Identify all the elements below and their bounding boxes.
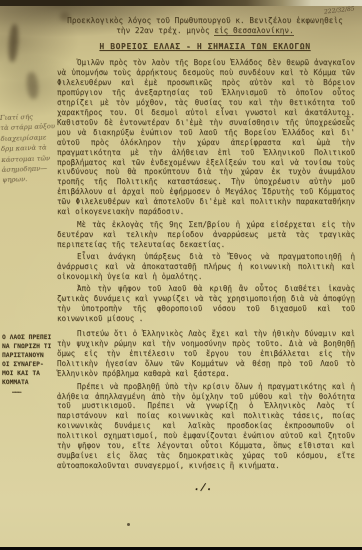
typed-margin-note: Ο ΛΑΟΣ ΠΡΕΠΕΙ ΝΑ ΓΝΩΡΙΖΗ ΤΙ ΠΑΡΙΣΤΑΝΟΥΝ … (2, 333, 57, 397)
paper-sheet: 222/32/85 Προεκλογικὸς λόγος τοῦ Πρωθυπο… (0, 0, 362, 547)
handwritten-margin-note: Γιατί σής τὰ στάρμ αὐξου διαχειρίσαμε δρ… (0, 111, 60, 186)
body-paragraph: Ἀπὸ τὴν ψῆφον τοῦ λαοῦ θὰ κριθῇ ἂν οὗτος… (57, 284, 355, 324)
paper-torn-top-edge (0, 0, 362, 6)
title-line-2: τὴν 22αν τρέχ. μηνὸς (116, 26, 214, 35)
handwritten-cross-mark: + (342, 109, 353, 123)
margin-note-line: Ο ΛΑΟΣ ΠΡΕΠΕΙ (2, 333, 57, 342)
document-body: Ὁμιλῶν πρὸς τὸν λαὸν τῆς Βορείου Ἑλλάδος… (57, 58, 355, 474)
scanned-document-photo: { "document": { "archival_number": "222/… (0, 0, 362, 550)
section-heading: Η ΒΟΡΕΙΟΣ ΕΛΛΑΣ - Η ΣΗΜΑΣΙΑ ΤΩΝ ΕΚΛΟΓΩΝ (56, 42, 354, 51)
body-paragraph: Πρέπει νὰ προβληθῇ ὑπὸ τὴν κρίσιν ὅλων ἡ… (57, 382, 355, 472)
body-paragraph: Εἶναι ἀνάγκη ὑπάρξεως διὰ τὸ Ἔθνος νὰ πρ… (57, 252, 355, 282)
margin-note-line: ΠΑΡΙΣΤΑΝΟΥΝ (2, 351, 57, 360)
title-place-underlined: εἰς Θεσσαλονίκην. (214, 26, 293, 36)
ink-stain (127, 523, 130, 526)
body-paragraph: Πιστεύω ὅτι ὁ Ἑλληνικὸς Λαὸς ἔχει καὶ τὴ… (57, 329, 355, 379)
body-paragraph: Μὲ τὰς ἐκλογὰς τῆς 9ης Σεπ/βρίου ἡ χώρα … (57, 220, 355, 250)
handwriting-line: ψηρων. (2, 173, 60, 185)
margin-note-line: ΝΑ ΓΝΩΡΙΖΗ ΤΙ (2, 342, 57, 351)
archival-reference-number: 222/32/85 (324, 5, 355, 15)
ink-stain (8, 24, 20, 63)
ink-stain (26, 71, 40, 99)
margin-note-line: ΟΙ ΣΥΝΑΓΕΡ- (2, 360, 57, 369)
page-continuation-mark: ./. (193, 482, 214, 493)
document-title: Προεκλογικὸς λόγος τοῦ Πρωθυπουργοῦ κ. Β… (56, 16, 354, 35)
title-line-1: Προεκλογικὸς λόγος τοῦ Πρωθυπουργοῦ κ. Β… (67, 16, 343, 25)
body-paragraph: Ὁμιλῶν πρὸς τὸν λαὸν τῆς Βορείου Ἑλλάδος… (57, 58, 355, 217)
margin-note-line: ΚΟΜΜΑΤΑ (2, 378, 57, 387)
margin-note-underline-dashes: ——— (2, 388, 57, 397)
margin-note-line: ΜΟΙ ΚΑΙ ΤΑ (2, 369, 57, 378)
